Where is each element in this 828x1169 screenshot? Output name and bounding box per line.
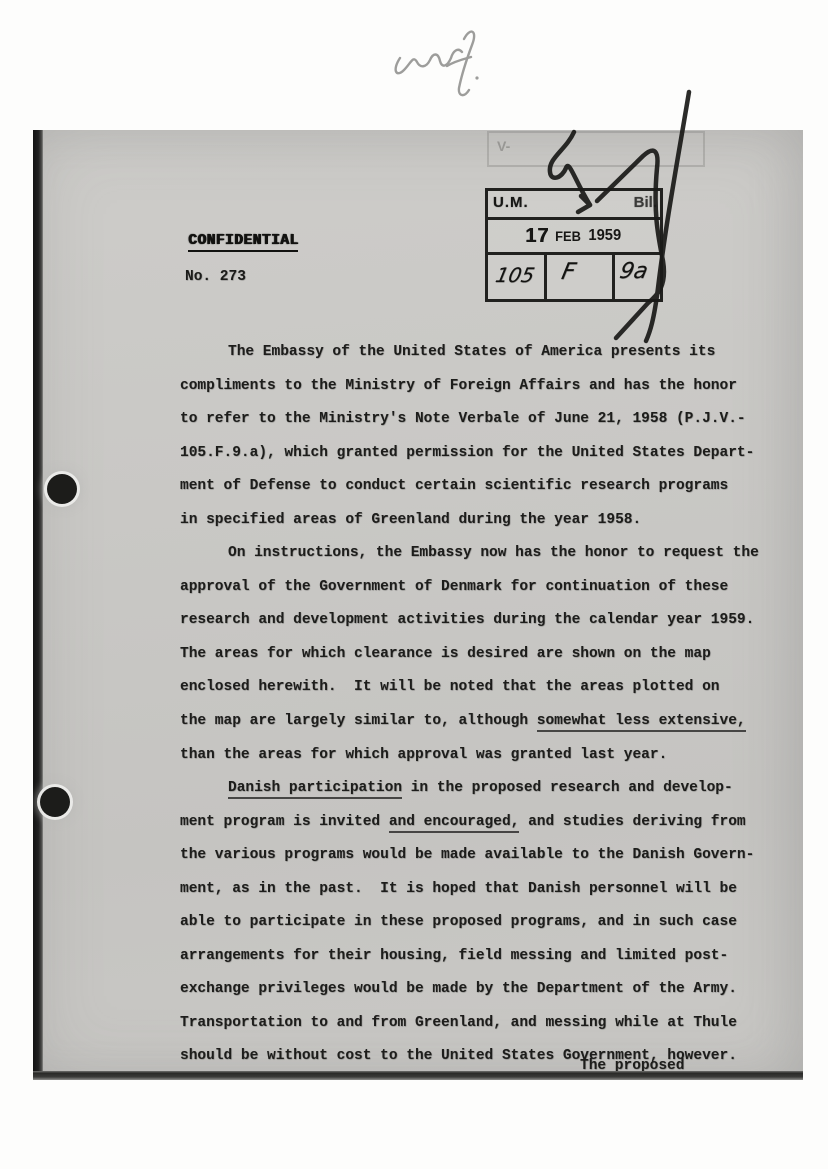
stamp-org-left: U.M. <box>493 194 529 211</box>
classification-marking: CONFIDENTIAL <box>188 233 298 252</box>
text-line: arrangements for their housing, field me… <box>180 940 780 974</box>
text-line: Transportation to and from Greenland, an… <box>180 1007 780 1041</box>
body-lines: The Embassy of the United States of Amer… <box>180 336 780 1074</box>
text-line: should be without cost to the United Sta… <box>180 1040 780 1074</box>
text-segment: the map are largely similar to, although <box>180 713 537 729</box>
faint-stamp-box: V- <box>487 131 705 167</box>
text-segment: and studies deriving from <box>519 814 745 830</box>
text-segment: On instructions, the Embassy now has the… <box>228 545 759 561</box>
text-segment: to refer to the Ministry's Note Verbale … <box>180 411 746 427</box>
text-segment: than the areas for which approval was gr… <box>180 747 667 763</box>
text-line: On instructions, the Embassy now has the… <box>180 537 780 571</box>
text-line: Danish participation in the proposed res… <box>180 772 780 806</box>
stamp-ref-suffix: 9a <box>617 259 650 284</box>
text-segment: enclosed herewith. It will be noted that… <box>180 679 720 695</box>
page-bottom-edge <box>33 1071 803 1080</box>
text-line: enclosed herewith. It will be noted that… <box>180 671 780 705</box>
text-segment: exchange privileges would be made by the… <box>180 981 737 997</box>
text-segment: 105.F.9.a), which granted permission for… <box>180 445 754 461</box>
text-line: approval of the Government of Denmark fo… <box>180 571 780 605</box>
text-line: ment of Defense to conduct certain scien… <box>180 470 780 504</box>
stamp-date-year: 1959 <box>589 227 622 245</box>
text-line: to refer to the Ministry's Note Verbale … <box>180 403 780 437</box>
stamp-date-month: FEB <box>555 228 581 244</box>
text-segment: ment of Defense to conduct certain scien… <box>180 478 728 494</box>
text-line: The areas for which clearance is desired… <box>180 638 780 672</box>
faint-stamp-label: V- <box>497 138 510 154</box>
text-line: able to participate in these proposed pr… <box>180 906 780 940</box>
stamp-divider <box>544 255 547 299</box>
registry-stamp: U.M. Bil. 17 FEB 1959 105 F 9a <box>485 188 663 302</box>
text-segment: in the proposed research and develop- <box>402 780 733 796</box>
stamp-date-row: 17 FEB 1959 <box>488 220 660 255</box>
text-segment: The areas for which clearance is desired… <box>180 646 711 662</box>
text-line: ment, as in the past. It is hoped that D… <box>180 873 780 907</box>
page-left-edge <box>33 130 43 1080</box>
punch-hole-top <box>47 474 77 504</box>
text-segment: research and development activities duri… <box>180 612 754 628</box>
text-segment: in specified areas of Greenland during t… <box>180 512 641 528</box>
text-line: than the areas for which approval was gr… <box>180 739 780 773</box>
pen-underlined-phrase: and encouraged, <box>389 814 520 833</box>
text-segment: Transportation to and from Greenland, an… <box>180 1015 737 1031</box>
handwritten-note-icon <box>396 32 479 95</box>
text-line: compliments to the Ministry of Foreign A… <box>180 370 780 404</box>
pen-underlined-phrase: somewhat less extensive, <box>537 713 746 732</box>
text-segment: arrangements for their housing, field me… <box>180 948 728 964</box>
punch-hole-bottom <box>40 787 70 817</box>
text-segment: ment program is invited <box>180 814 389 830</box>
stamp-org-right: Bil. <box>634 194 657 211</box>
text-line: exchange privileges would be made by the… <box>180 973 780 1007</box>
stamp-ref-letter: F <box>559 259 578 285</box>
text-line: the various programs would be made avail… <box>180 839 780 873</box>
text-segment: compliments to the Ministry of Foreign A… <box>180 378 737 394</box>
text-line: in specified areas of Greenland during t… <box>180 504 780 538</box>
text-line: 105.F.9.a), which granted permission for… <box>180 437 780 471</box>
text-segment: approval of the Government of Denmark fo… <box>180 579 728 595</box>
text-line: The Embassy of the United States of Amer… <box>180 336 780 370</box>
stamp-header-row: U.M. Bil. <box>488 191 660 220</box>
text-segment: The Embassy of the United States of Amer… <box>228 344 715 360</box>
text-line: the map are largely similar to, although… <box>180 705 780 739</box>
stamp-divider <box>612 255 615 299</box>
scanned-page: V- U.M. Bil. 17 FEB 1959 105 F 9a CONFID… <box>33 130 803 1080</box>
text-line: research and development activities duri… <box>180 604 780 638</box>
stamp-ref-row: 105 F 9a <box>488 255 660 299</box>
text-segment: the various programs would be made avail… <box>180 847 754 863</box>
document-number: No. 273 <box>185 269 246 285</box>
text-line: ment program is invited and encouraged, … <box>180 806 780 840</box>
text-segment: ment, as in the past. It is hoped that D… <box>180 881 737 897</box>
stamp-date-day: 17 <box>525 225 549 248</box>
stamp-ref-number: 105 <box>493 263 536 287</box>
pen-underlined-phrase: Danish participation <box>228 780 402 799</box>
text-segment: able to participate in these proposed pr… <box>180 914 737 930</box>
